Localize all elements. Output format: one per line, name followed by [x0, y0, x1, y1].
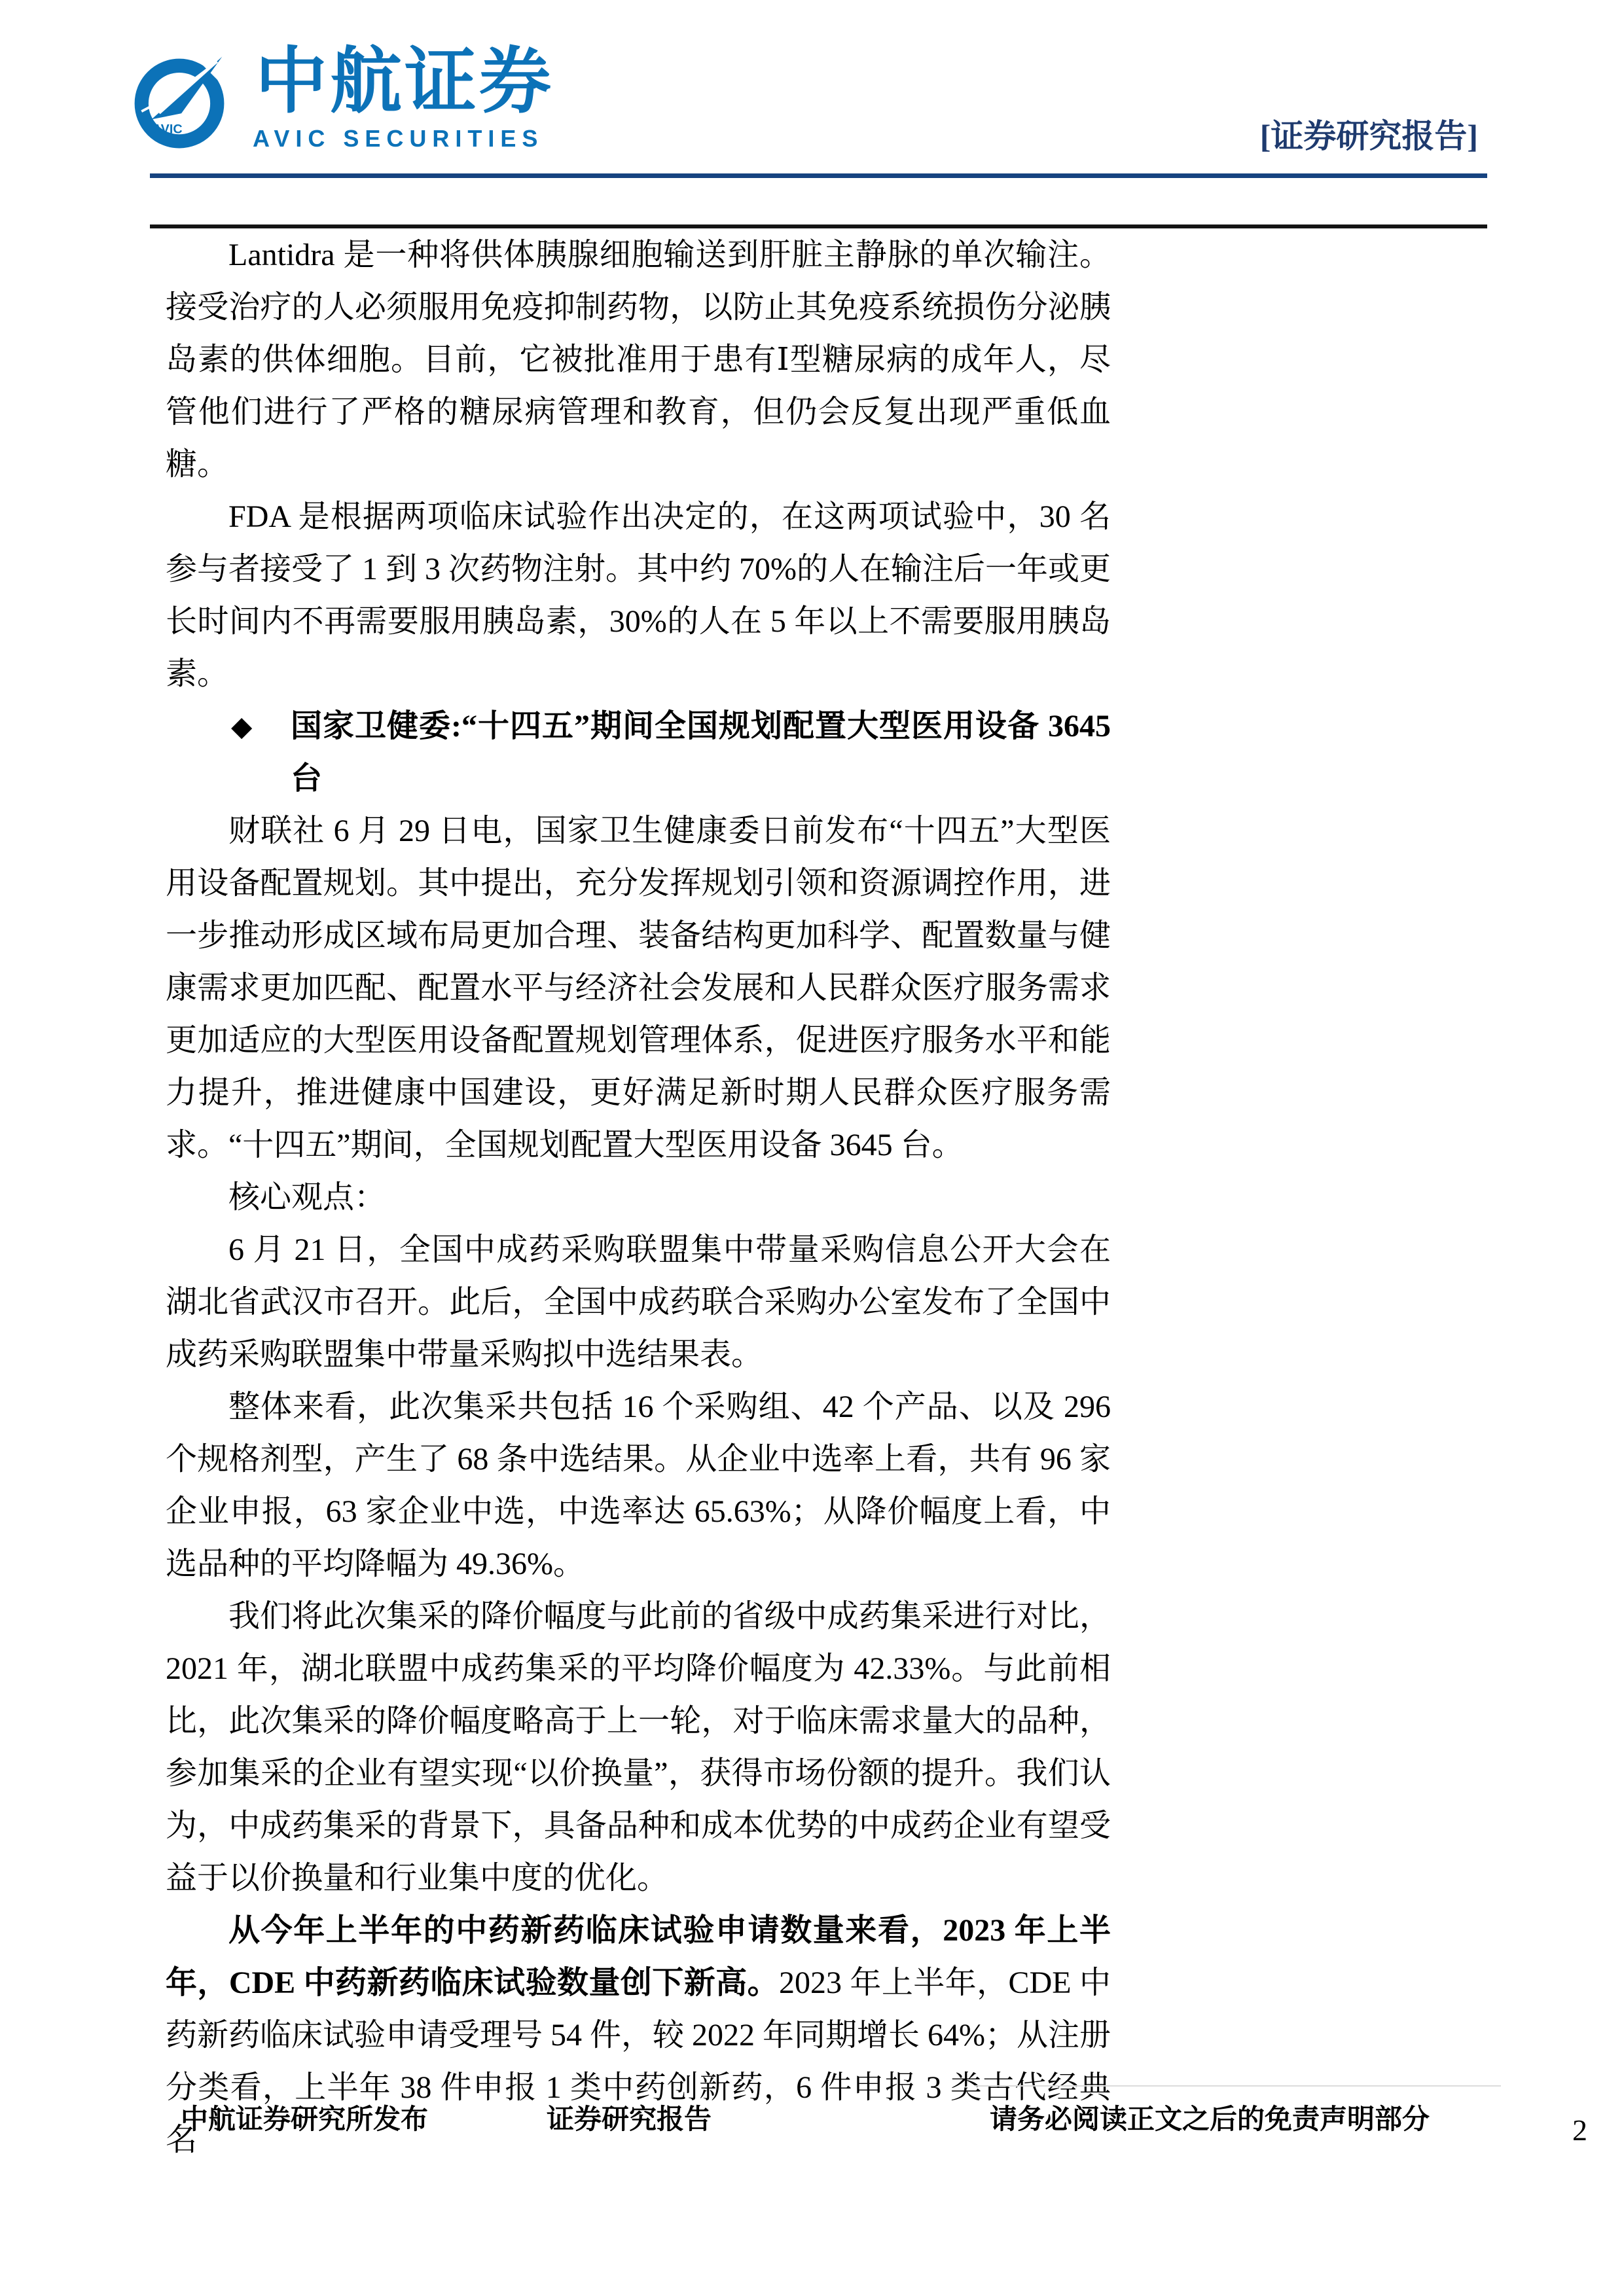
- avic-badge-text: AVIC: [153, 122, 183, 137]
- header-blue-rule: [150, 173, 1487, 178]
- paragraph: 6 月 21 日，全国中成药采购联盟集中带量采购信息公开大会在湖北省武汉市召开。…: [166, 1224, 1111, 1381]
- paragraph: 整体来看，此次集采共包括 16 个采购组、42 个产品、以及 296 个规格剂型…: [166, 1381, 1111, 1590]
- diamond-bullet-icon: ◆: [231, 706, 252, 747]
- text-run: FDA 是根据两项临床试验作出决定的，在这两项试验中，30 名参与者接受了 1 …: [166, 499, 1111, 691]
- paragraph: Lantidra 是一种将供体胰腺细胞输送到肝脏主静脉的单次输注。接受治疗的人必…: [166, 229, 1111, 491]
- paragraph: 财联社 6 月 29 日电，国家卫生健康委日前发布“十四五”大型医用设备配置规划…: [166, 805, 1111, 1172]
- text-run: Lantidra 是一种将供体胰腺细胞输送到肝脏主静脉的单次输注。接受治疗的人必…: [166, 238, 1111, 482]
- text-run: 整体来看，此次集采共包括 16 个采购组、42 个产品、以及 296 个规格剂型…: [166, 1390, 1111, 1581]
- bullet-heading: ◆国家卫健委:“十四五”期间全国规划配置大型医用设备 3645 台: [166, 700, 1111, 805]
- page-number: 2: [1572, 2113, 1587, 2147]
- footer-disclaimer-note: 请务必阅读正文之后的免责声明部分: [990, 2104, 1430, 2136]
- text-run: 我们将此次集采的降价幅度与此前的省级中成药集采进行对比，2021 年，湖北联盟中…: [166, 1599, 1111, 1895]
- report-page: AVIC 中航证券 AVIC SECURITIES [证券研究报告] Lanti…: [0, 0, 1624, 2296]
- paragraph: FDA 是根据两项临床试验作出决定的，在这两项试验中，30 名参与者接受了 1 …: [166, 491, 1111, 700]
- text-run: 核心观点：: [228, 1180, 386, 1215]
- text-run: 财联社 6 月 29 日电，国家卫生健康委日前发布“十四五”大型医用设备配置规划…: [166, 814, 1111, 1162]
- text-run: 国家卫健委:“十四五”期间全国规划配置大型医用设备 3645 台: [291, 709, 1111, 796]
- text-run: 6 月 21 日，全国中成药采购联盟集中带量采购信息公开大会在湖北省武汉市召开。…: [166, 1232, 1111, 1372]
- report-type-tag: [证券研究报告]: [1260, 110, 1478, 157]
- logo-english-name: AVIC SECURITIES: [253, 127, 543, 151]
- logo-chinese-name: 中航证券: [255, 46, 554, 118]
- footer-hairline: [975, 2085, 1501, 2087]
- body-text: Lantidra 是一种将供体胰腺细胞输送到肝脏主静脉的单次输注。接受治疗的人必…: [166, 229, 1111, 2166]
- footer-report-type: 证券研究报告: [547, 2104, 712, 2136]
- footer-publisher: 中航证券研究所发布: [181, 2104, 428, 2136]
- avic-logo-icon: AVIC: [130, 48, 229, 151]
- paragraph: 我们将此次集采的降价幅度与此前的省级中成药集采进行对比，2021 年，湖北联盟中…: [166, 1590, 1111, 1905]
- paragraph: 核心观点：: [166, 1172, 1111, 1224]
- header-black-rule: [150, 224, 1487, 228]
